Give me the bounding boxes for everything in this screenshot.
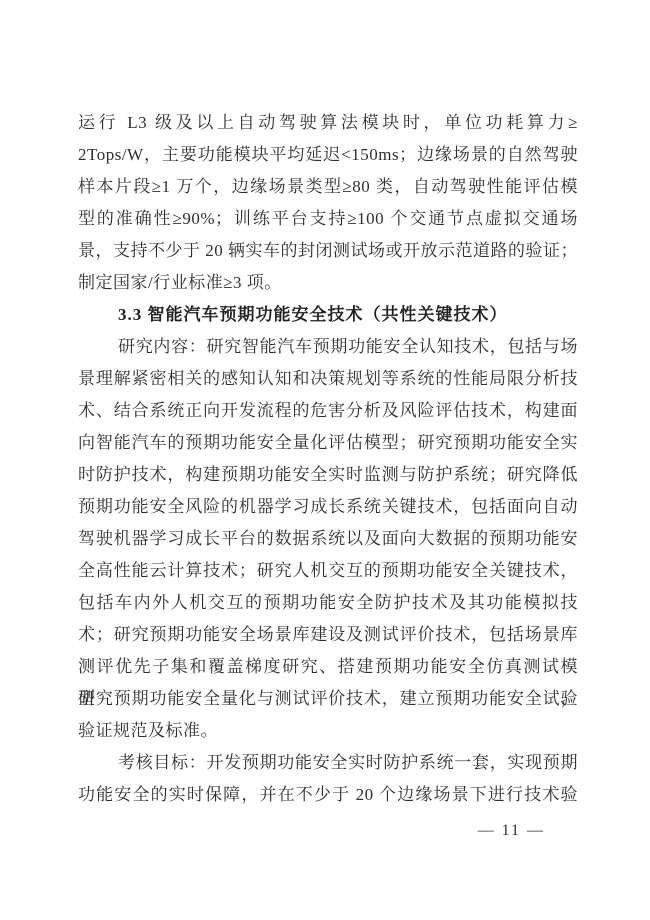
text-line: 景，支持不少于 20 辆实车的封闭测试场或开放示范道路的验证； xyxy=(78,235,578,267)
text-line: 运行 L3 级及以上自动驾驶算法模块时，单位功耗算力≥ xyxy=(78,107,578,139)
text-line: 向智能汽车的预期功能安全量化评估模型；研究预期功能安全实 xyxy=(78,427,578,459)
text-line: 驾驶机器学习成长平台的数据系统以及面向大数据的预期功能安 xyxy=(78,523,578,555)
text-line: 样本片段≥1 万个，边缘场景类型≥80 类，自动驾驶性能评估模 xyxy=(78,171,578,203)
text-line: 测评优先子集和覆盖梯度研究、搭建预期功能安全仿真测试模型， xyxy=(78,651,578,683)
text-line: 全高性能云计算技术；研究人机交互的预期功能安全关键技术， xyxy=(78,555,578,587)
text-line: 时防护技术，构建预期功能安全实时监测与防护系统；研究降低 xyxy=(78,459,578,491)
text-line: 预期功能安全风险的机器学习成长系统关键技术，包括面向自动 xyxy=(78,491,578,523)
text-line: 制定国家/行业标准≥3 项。 xyxy=(78,267,578,299)
text-line: 验证规范及标准。 xyxy=(78,715,578,747)
text-line: 研究内容：研究智能汽车预期功能安全认知技术，包括与场 xyxy=(78,331,578,363)
document-page: 运行 L3 级及以上自动驾驶算法模块时，单位功耗算力≥2Tops/W，主要功能模… xyxy=(0,0,650,920)
text-line: 术；研究预期功能安全场景库建设及测试评价技术，包括场景库 xyxy=(78,619,578,651)
text-line: 考核目标：开发预期功能安全实时防护系统一套，实现预期 xyxy=(78,747,578,779)
text-block: 运行 L3 级及以上自动驾驶算法模块时，单位功耗算力≥2Tops/W，主要功能模… xyxy=(78,107,578,811)
text-line: 型的准确性≥90%；训练平台支持≥100 个交通节点虚拟交通场 xyxy=(78,203,578,235)
section-heading: 3.3 智能汽车预期功能安全技术（共性关键技术） xyxy=(78,299,578,331)
text-line: 研究预期功能安全量化与测试评价技术，建立预期功能安全试验 xyxy=(78,683,578,715)
text-line: 术、结合系统正向开发流程的危害分析及风险评估技术，构建面 xyxy=(78,395,578,427)
text-line: 包括车内外人机交互的预期功能安全防护技术及其功能模拟技 xyxy=(78,587,578,619)
text-line: 景理解紧密相关的感知认知和决策规划等系统的性能局限分析技 xyxy=(78,363,578,395)
page-number: — 11 — xyxy=(78,820,578,842)
text-line: 2Tops/W，主要功能模块平均延迟<150ms；边缘场景的自然驾驶 xyxy=(78,139,578,171)
text-line: 功能安全的实时保障，并在不少于 20 个边缘场景下进行技术验 xyxy=(78,779,578,811)
